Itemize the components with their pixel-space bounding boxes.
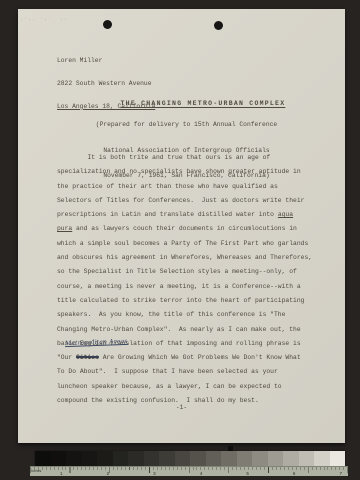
ruler-number: 7 — [339, 471, 342, 476]
grayscale-step — [268, 451, 284, 466]
body-text-segment: speakers. As you know, the title of this… — [57, 311, 285, 318]
body-line: Changing Metro-Urban Complex". As nearly… — [57, 323, 312, 337]
grayscale-step — [159, 451, 175, 466]
grayscale-step — [35, 451, 51, 466]
grayscale-step — [283, 451, 299, 466]
page-number: -1- — [18, 404, 345, 411]
body-text-segment: compound the existing confusion. I shall… — [57, 397, 259, 404]
body-text-segment: specialization and no specialists have s… — [57, 168, 301, 175]
ruler-number: 5 — [246, 471, 249, 476]
ruler: Inches 1234567 — [30, 466, 348, 476]
ruler-number: 2 — [107, 471, 110, 476]
body-text-segment: prescriptions in Latin and translate dis… — [57, 211, 278, 218]
body-line: "Our Cities Are Growing Which We Got Pro… — [57, 351, 312, 365]
grayscale-step — [113, 451, 129, 466]
grayscale-step — [66, 451, 82, 466]
body-text-segment: Selectors of Titles for Conferences. Jus… — [57, 197, 304, 204]
body-line: the practice of their art than those who… — [57, 180, 312, 194]
grayscale-step — [237, 451, 253, 466]
body-line: speakers. As you know, the title of this… — [57, 308, 312, 322]
body-line: It is both trite and true that ours is a… — [57, 151, 312, 165]
grayscale-calibration-bar — [35, 451, 345, 466]
ruler-number: 1 — [60, 471, 63, 476]
grayscale-step — [82, 451, 98, 466]
ruler-number: 6 — [293, 471, 296, 476]
hole-punch-right — [214, 21, 223, 30]
body-line: Selectors of Titles for Conferences. Jus… — [57, 194, 312, 208]
body-text-segment: and as lawyers couch their documents in … — [72, 225, 297, 232]
body-line: and obscures his agreement in Wherefores… — [57, 251, 312, 265]
grayscale-step — [299, 451, 315, 466]
body-line: pura and as lawyers couch their document… — [57, 222, 312, 236]
ruler-number: 4 — [200, 471, 203, 476]
sender-name: Loren Miller — [57, 57, 155, 65]
body-line: course, a meeting is never a meeting, it… — [57, 280, 312, 294]
grayscale-step — [314, 451, 330, 466]
body-line: prescriptions in Latin and translate dis… — [57, 208, 312, 222]
grayscale-step — [97, 451, 113, 466]
grayscale-step — [51, 451, 67, 466]
underlined-word: pura — [57, 225, 72, 232]
subtitle-line: (Prepared for delivery to 15th Annual Co… — [28, 121, 345, 130]
body-text-segment: the practice of their art than those who… — [57, 183, 278, 190]
grayscale-step — [221, 451, 237, 466]
grayscale-step — [190, 451, 206, 466]
body-text-segment: To Do About". I suppose that I have been… — [57, 368, 278, 375]
body-line: so the Specialist in Title Selection sty… — [57, 265, 312, 279]
body-text-segment: which a simple soul becomes a Party of T… — [57, 240, 308, 247]
ruler-numbers: 1234567 — [60, 471, 342, 476]
body-text-segment: Are Growing Which We Got Problems We Don… — [99, 354, 301, 361]
underlined-word: aqua — [278, 211, 293, 218]
grayscale-step — [330, 451, 346, 466]
hole-punch-left — [103, 20, 112, 29]
scanned-document-frame: ·˙·· ˙·˙ ·· Loren Miller 2822 South West… — [0, 0, 360, 480]
grayscale-step — [206, 451, 222, 466]
grayscale-step — [144, 451, 160, 466]
body-line: luncheon speaker because, as a lawyer, I… — [57, 380, 312, 394]
body-text-segment: title calculated to strike terror into t… — [57, 297, 304, 304]
body-text-segment: so the Specialist in Title Selection sty… — [57, 268, 297, 275]
ruler-label: Inches — [31, 469, 41, 473]
body-text-segment: It is both trite and true that ours is a… — [57, 154, 270, 161]
grayscale-step — [128, 451, 144, 466]
body-text-segment: course, a meeting is never a meeting, it… — [57, 283, 301, 290]
body-text-segment: and obscures his agreement in Wherefores… — [57, 254, 312, 261]
document-page: ·˙·· ˙·˙ ·· Loren Miller 2822 South West… — [18, 9, 345, 443]
body-text-segment: "Our — [57, 354, 76, 361]
grayscale-step — [252, 451, 268, 466]
body-line: title calculated to strike terror into t… — [57, 294, 312, 308]
body-text-segment: Changing Metro-Urban Complex". As nearly… — [57, 326, 301, 333]
pencil-marks: ·˙·· ˙·˙ ·· — [20, 17, 68, 24]
body-line: which a simple soul becomes a Party of T… — [57, 237, 312, 251]
sender-street: 2822 South Western Avenue — [57, 80, 155, 88]
body-text: It is both trite and true that ours is a… — [57, 151, 312, 408]
body-text-segment: luncheon speaker because, as a lawyer, I… — [57, 383, 282, 390]
grayscale-step — [175, 451, 191, 466]
body-line: To Do About". I suppose that I have been… — [57, 365, 312, 379]
body-line: specialization and no specialists have s… — [57, 165, 312, 179]
struck-word: Cities — [76, 354, 99, 361]
ruler-number: 3 — [153, 471, 156, 476]
